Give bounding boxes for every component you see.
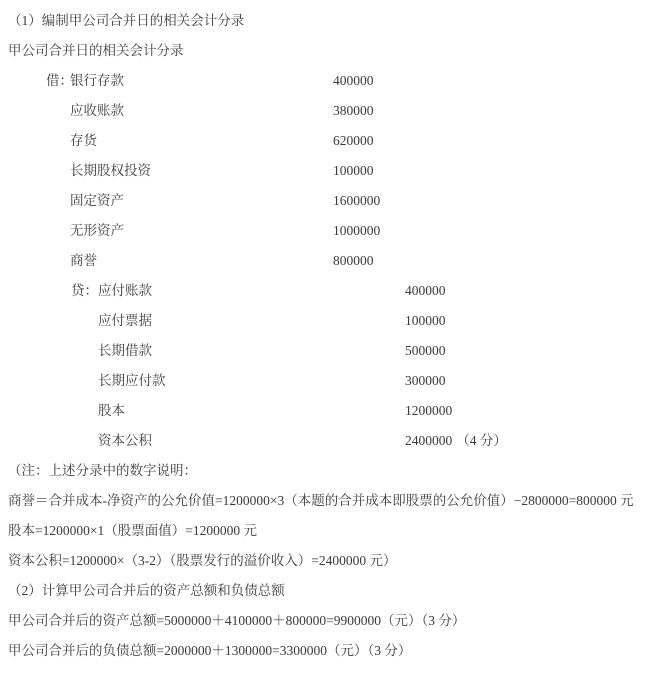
journal-credit-row: 贷： 应付账款 400000: [0, 276, 660, 306]
account-amount: 500000: [405, 336, 446, 366]
account-amount: 1200000: [405, 396, 452, 426]
account-amount: 620000: [333, 126, 374, 156]
journal-debit-row: 借： 银行存款 400000: [0, 66, 660, 96]
account-amount: 400000: [333, 66, 374, 96]
account-amount: 300000: [405, 366, 446, 396]
account-amount: 400000: [405, 276, 446, 306]
journal-credit-row: 长期借款 500000: [0, 336, 660, 366]
account-name: 存货: [70, 126, 97, 156]
account-name: 资本公积: [98, 426, 152, 456]
journal-credit-row: 应付票据 100000: [0, 306, 660, 336]
account-amount: 1000000: [333, 216, 380, 246]
account-name: 应付票据: [98, 306, 152, 336]
score-badge: （4 分）: [456, 433, 507, 448]
credit-label: 贷：: [71, 276, 98, 306]
account-name: 固定资产: [70, 186, 124, 216]
journal-credit-row: 资本公积 2400000（4 分）: [0, 426, 660, 456]
account-amount: 100000: [405, 306, 446, 336]
account-amount: 800000: [333, 246, 374, 276]
account-amount: 100000: [333, 156, 374, 186]
journal-debit-row: 应收账款 380000: [0, 96, 660, 126]
journal-debit-row: 存货 620000: [0, 126, 660, 156]
section-2-heading: （2）计算甲公司合并后的资产总额和负债总额: [0, 576, 660, 606]
note-intro-line: （注：上述分录中的数字说明：: [0, 456, 660, 486]
account-name: 长期借款: [98, 336, 152, 366]
account-name: 长期应付款: [98, 366, 166, 396]
account-amount: 380000: [333, 96, 374, 126]
account-amount: 1600000: [333, 186, 380, 216]
note-goodwill-line: 商誉＝合并成本-净资产的公允价值=1200000×3（本题的合并成本即股票的公允…: [0, 486, 660, 516]
total-liabilities-line: 甲公司合并后的负债总额=2000000＋1300000=3300000（元）（3…: [0, 636, 660, 666]
account-name: 应收账款: [70, 96, 124, 126]
section-1-heading: （1）编制甲公司合并日的相关会计分录: [0, 6, 660, 36]
account-amount: 2400000（4 分）: [405, 426, 507, 456]
account-name: 长期股权投资: [70, 156, 151, 186]
note-capital-reserve-line: 资本公积=1200000×（3-2）（股票发行的溢价收入）=2400000 元）: [0, 546, 660, 576]
account-name: 股本: [98, 396, 125, 426]
note-share-capital-line: 股本=1200000×1（股票面值）=1200000 元: [0, 516, 660, 546]
journal-credit-row: 股本 1200000: [0, 396, 660, 426]
journal-debit-row: 无形资产 1000000: [0, 216, 660, 246]
journal-credit-row: 长期应付款 300000: [0, 366, 660, 396]
journal-debit-row: 商誉 800000: [0, 246, 660, 276]
account-name: 应付账款: [98, 276, 152, 306]
journal-debit-row: 固定资产 1600000: [0, 186, 660, 216]
journal-debit-row: 长期股权投资 100000: [0, 156, 660, 186]
total-assets-line: 甲公司合并后的资产总额=5000000＋4100000＋800000=99000…: [0, 606, 660, 636]
debit-label: 借：: [46, 66, 73, 96]
account-name: 商誉: [70, 246, 97, 276]
account-name: 银行存款: [70, 66, 124, 96]
journal-subtitle: 甲公司合并日的相关会计分录: [0, 36, 660, 66]
account-amount-value: 2400000: [405, 433, 452, 448]
account-name: 无形资产: [70, 216, 124, 246]
answer-document-page: （1）编制甲公司合并日的相关会计分录 甲公司合并日的相关会计分录 借： 银行存款…: [0, 0, 660, 674]
